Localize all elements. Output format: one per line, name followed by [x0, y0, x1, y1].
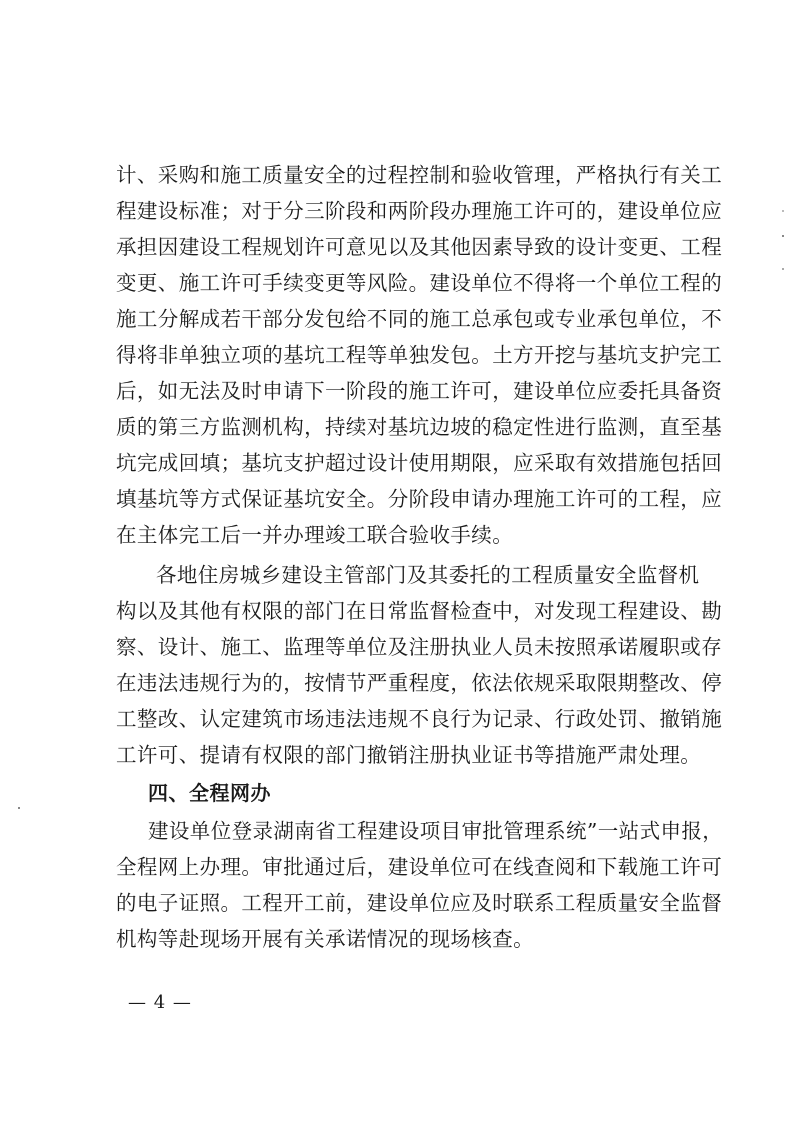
- paragraph-1-line-8: 质的第三方监测机构，持续对基坑边坡的稳定性进行监测，直至基: [116, 412, 676, 442]
- scan-speck: [782, 268, 784, 270]
- paragraph-2-line-6: 工许可、提请有权限的部门撤销注册执业证书等措施严肃处理。: [116, 740, 676, 770]
- paragraph-1-line-1: 计、采购和施工质量安全的过程控制和验收管理，严格执行有关工: [116, 160, 676, 190]
- scan-speck: [18, 807, 20, 809]
- paragraph-2-line-1: 各地住房城乡建设主管部门及其委托的工程质量安全监督机: [156, 560, 676, 590]
- paragraph-3-line-1: 建设单位登录湖南省工程建设项目审批管理系统”一站式申报，: [148, 816, 676, 846]
- paragraph-2-line-5: 工整改、认定建筑市场违法违规不良行为记录、行政处罚、撤销施: [116, 704, 676, 734]
- scan-speck: [782, 210, 784, 212]
- paragraph-1-line-3: 承担因建设工程规划许可意见以及其他因素导致的设计变更、工程: [116, 232, 676, 262]
- section-heading: 四、全程网办: [148, 778, 271, 808]
- paragraph-1-line-11: 在主体完工后一并办理竣工联合验收手续。: [116, 520, 676, 550]
- paragraph-1-line-5: 施工分解成若干部分发包给不同的施工总承包或专业承包单位，不: [116, 304, 676, 334]
- document-page: 计、采购和施工质量安全的过程控制和验收管理，严格执行有关工 程建设标准；对于分三…: [0, 0, 793, 1122]
- paragraph-2-line-3: 察、设计、施工、监理等单位及注册执业人员未按照承诺履职或存: [116, 632, 676, 662]
- paragraph-1-line-7: 后，如无法及时申请下一阶段的施工许可，建设单位应委托具备资: [116, 376, 676, 406]
- paragraph-2-line-2: 构以及其他有权限的部门在日常监督检查中，对发现工程建设、勘: [116, 596, 676, 626]
- paragraph-3-line-2: 全程网上办理。审批通过后，建设单位可在线查阅和下载施工许可: [116, 852, 676, 882]
- paragraph-3-line-4: 机构等赴现场开展有关承诺情况的现场核查。: [116, 924, 676, 954]
- paragraph-1-line-9: 坑完成回填；基坑支护超过设计使用期限，应采取有效措施包括回: [116, 448, 676, 478]
- scan-speck: [782, 235, 784, 237]
- paragraph-3-line-3: 的电子证照。工程开工前，建设单位应及时联系工程质量安全监督: [116, 888, 676, 918]
- paragraph-1-line-4: 变更、施工许可手续变更等风险。建设单位不得将一个单位工程的: [116, 268, 676, 298]
- paragraph-1-line-2: 程建设标准；对于分三阶段和两阶段办理施工许可的，建设单位应: [116, 196, 676, 226]
- paragraph-1-line-10: 填基坑等方式保证基坑安全。分阶段申请办理施工许可的工程，应: [116, 484, 676, 514]
- paragraph-2-line-4: 在违法违规行为的，按情节严重程度，依法依规采取限期整改、停: [116, 668, 676, 698]
- paragraph-1-line-6: 得将非单独立项的基坑工程等单独发包。土方开挖与基坑支护完工: [116, 340, 676, 370]
- page-number: — 4 —: [128, 991, 192, 1015]
